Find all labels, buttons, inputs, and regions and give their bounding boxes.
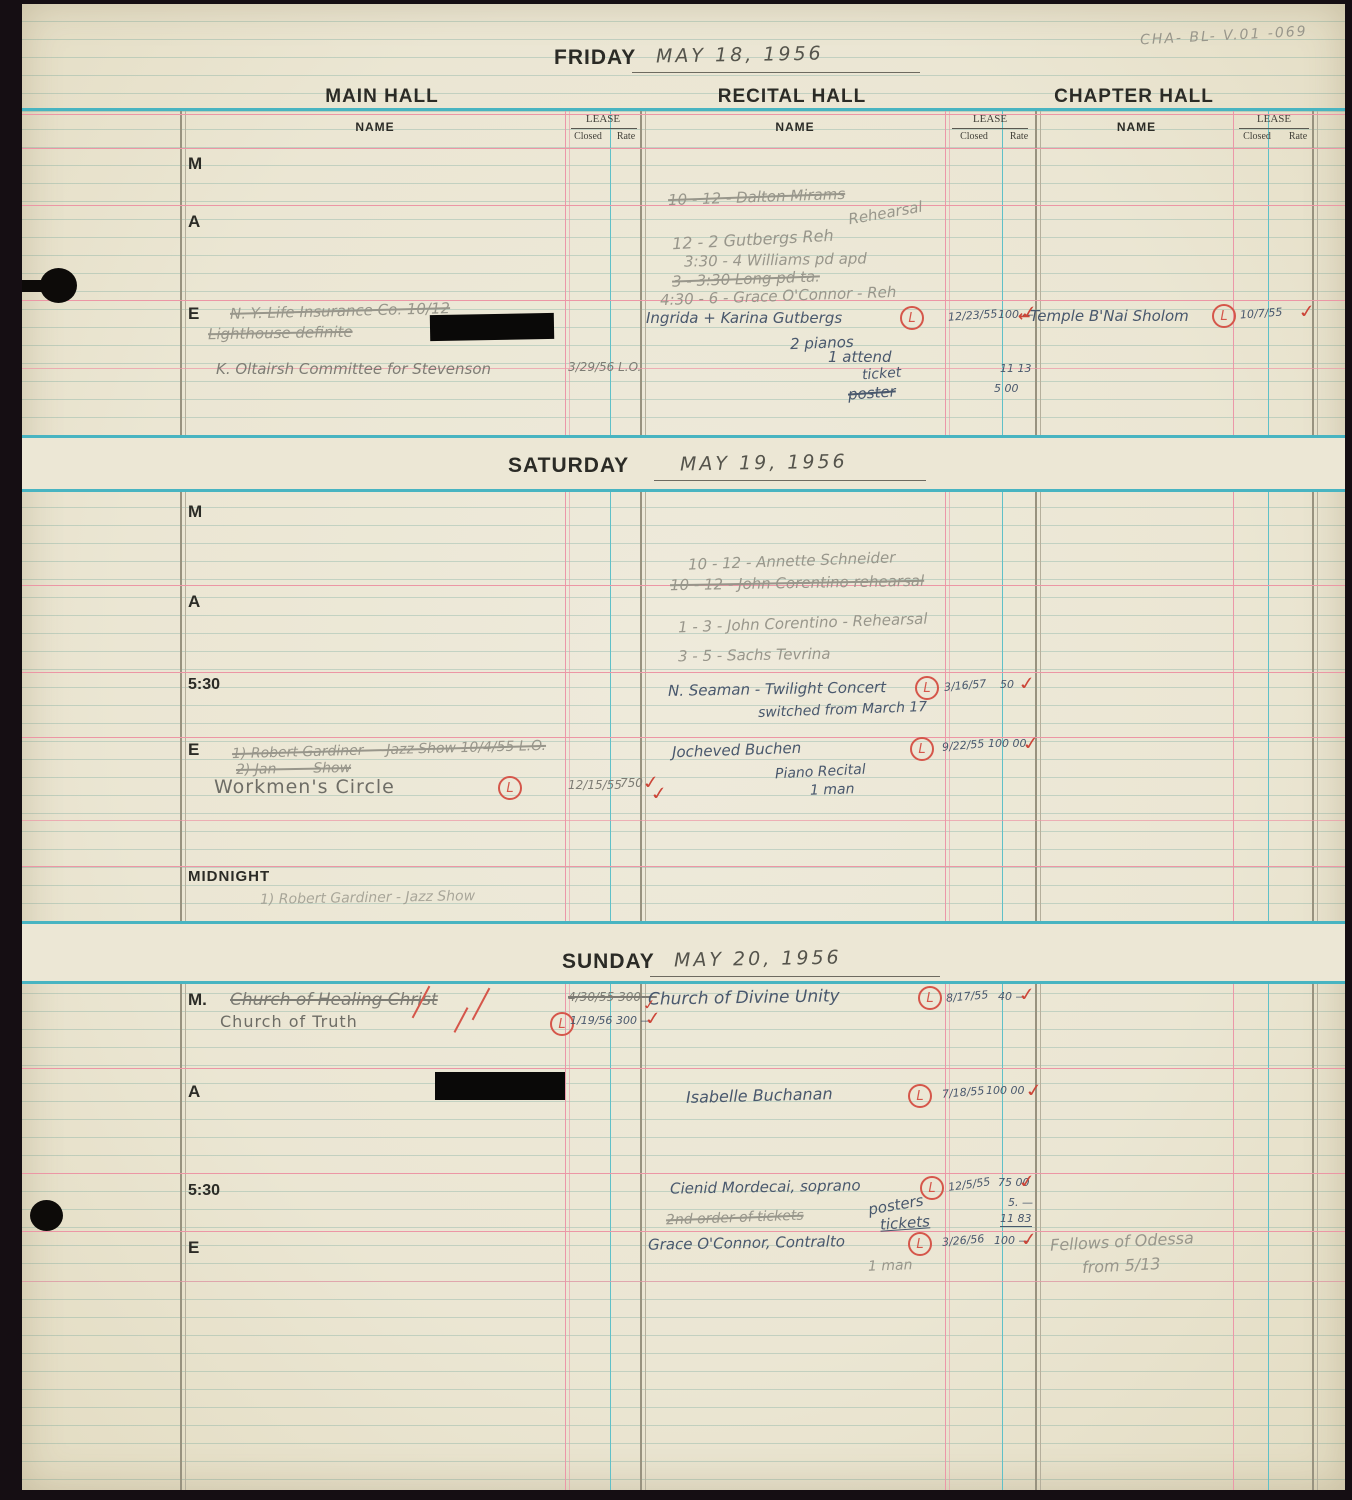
entry-sunday-recital-e1: Grace O'Connor, Contralto — [648, 1232, 845, 1253]
day-label-friday: FRIDAY — [554, 46, 636, 70]
column-line — [180, 108, 182, 1490]
lease-underline — [571, 128, 637, 129]
hall-title-main: MAIN HALL — [302, 86, 462, 108]
rate-saturday-recital-530: 50 — [1000, 678, 1014, 691]
date-underline — [632, 72, 920, 73]
check-mark-icon: ✓ — [1017, 984, 1038, 1007]
entry-sunday-recital-m1: Church of Divine Unity — [648, 986, 840, 1009]
closed-saturday-recital-530: 3/16/57 — [944, 677, 987, 694]
time-label-e: E — [188, 1238, 199, 1258]
rate-header-main: Rate — [612, 131, 640, 142]
column-line — [610, 108, 611, 1490]
rate2-sunday-recital-530: 5. — — [1008, 1196, 1033, 1209]
name-header-recital: NAME — [645, 120, 945, 134]
entry-saturday-main-e3: Workmen's Circle — [214, 776, 395, 798]
entry-saturday-midnight1: 1) Robert Gardiner - Jazz Show — [260, 888, 475, 908]
day-date-sunday: MAY 20, 1956 — [674, 947, 842, 972]
entry-friday-main-e3-note: 3/29/56 L.O. — [568, 360, 641, 374]
day-label-sunday: SUNDAY — [562, 950, 655, 974]
lease-mark-icon: L — [910, 737, 934, 761]
rate3-sunday-recital-530: 11 83 — [1000, 1212, 1032, 1227]
entry-friday-main-e2: Lighthouse definite — [208, 323, 353, 344]
hole-punch — [30, 1200, 63, 1231]
check-mark-icon: ✓ — [1021, 733, 1042, 756]
check-mark-icon: ✓ — [649, 783, 670, 806]
row-line — [22, 820, 1345, 821]
lease-mark-icon: L — [900, 306, 924, 330]
day-date-friday: MAY 18, 1956 — [656, 43, 824, 68]
lease-mark-icon: L — [915, 676, 939, 700]
rate-friday-recital-e4: 11 13 — [1000, 362, 1032, 375]
rate-header-recital: Rate — [1004, 131, 1034, 142]
red-slash-mark — [454, 1007, 469, 1033]
entry-saturday-recital-e1: Jocheved Buchen — [672, 739, 802, 762]
day-date-saturday: MAY 19, 1956 — [680, 451, 848, 476]
time-label-a: A — [188, 592, 200, 612]
section-line — [22, 108, 1345, 111]
closed-sunday-main-m2: 1/19/56 — [570, 1014, 612, 1027]
column-line — [945, 108, 946, 1490]
entry-saturday-recital-a1: 1 - 3 - John Corentino - Rehearsal — [678, 610, 928, 637]
entry-saturday-recital-530: N. Seaman - Twilight Concert — [668, 678, 886, 700]
day-label-saturday: SATURDAY — [508, 454, 629, 478]
entry-saturday-recital-530-note: switched from March 17 — [758, 699, 928, 721]
lease-mark-icon: L — [920, 1176, 944, 1200]
lease-mark-icon: L — [908, 1084, 932, 1108]
archive-code: CHA- BL- V.01 -069 — [1140, 24, 1308, 49]
row-line — [22, 114, 1345, 115]
entry-friday-recital-e3: 1 attend — [828, 348, 892, 366]
column-line — [565, 108, 566, 1490]
entry-friday-main-e3: K. Oltairsh Committee for Stevenson — [216, 360, 491, 378]
hall-title-chapter: CHAPTER HALL — [1038, 86, 1230, 108]
closed-saturday-recital-e1: 9/22/55 — [942, 737, 985, 754]
hall-title-recital: RECITAL HALL — [700, 86, 884, 108]
rate-sunday-recital-a1: 100 00 — [986, 1084, 1025, 1097]
check-mark-icon: ✓ — [1297, 301, 1318, 324]
entry-saturday-recital-m2: 10 - 12 - John Corentino rehearsal — [670, 572, 924, 594]
entry-saturday-recital-e3: 1 man — [810, 781, 855, 799]
entry-friday-recital-m2: 12 - 2 Gutbergs Reh — [672, 226, 834, 253]
closed-header-chapter: Closed — [1235, 131, 1279, 142]
time-label-e: E — [188, 740, 199, 760]
name-header-main: NAME — [185, 120, 565, 134]
time-label-e: E — [188, 304, 199, 324]
entry-friday-chapter-e1: Temple B'Nai Sholom — [1030, 307, 1189, 325]
date-underline — [654, 480, 926, 481]
entry-sunday-main-m1: Church of Healing Christ — [230, 990, 438, 1010]
entry-friday-recital-e1: Ingrida + Karina Gutbergs — [646, 309, 842, 327]
entry-friday-recital-m3: 3:30 - 4 Williams pd apd — [684, 249, 867, 270]
lease-header-main: LEASE — [566, 113, 640, 125]
time-label-m: M — [188, 502, 202, 522]
check-mark-icon: ✓ — [1017, 1171, 1038, 1194]
row-line — [22, 148, 1345, 149]
transfer-arrow-icon: ← — [1018, 307, 1031, 325]
lease-underline — [952, 128, 1028, 129]
section-line — [22, 489, 1345, 492]
column-line — [1317, 108, 1318, 1490]
entry-saturday-recital-m1: 10 - 12 - Annette Schneider — [688, 548, 896, 573]
closed-sunday-recital-a1: 7/18/55 — [942, 1084, 985, 1101]
note3-sunday-recital-530: tickets — [879, 1212, 930, 1233]
time-label-m: M — [188, 154, 202, 174]
entry-sunday-recital-a1: Isabelle Buchanan — [686, 1084, 833, 1107]
closed-sunday-recital-530: 12/5/55 — [947, 1175, 991, 1194]
closed-saturday-main-e3: 12/15/55 — [568, 778, 622, 792]
lease-header-chapter: LEASE — [1234, 113, 1314, 125]
name-header-chapter: NAME — [1040, 120, 1233, 134]
date-underline — [650, 976, 940, 977]
column-line — [640, 108, 642, 1490]
time-label-530: 5:30 — [188, 676, 220, 694]
closed-sunday-recital-m1: 8/17/55 — [946, 988, 989, 1005]
lease-mark-icon: L — [918, 986, 942, 1010]
lease-underline — [1239, 128, 1309, 129]
time-label-m: M. — [188, 990, 207, 1010]
row-line — [22, 672, 1345, 673]
row-line — [22, 737, 1345, 738]
redaction-box — [435, 1072, 565, 1100]
check-mark-icon: ✓ — [1017, 673, 1038, 696]
rate-saturday-main-e3: 750 — [620, 776, 643, 790]
section-line — [22, 981, 1345, 984]
check-mark-icon: ✓ — [1024, 1080, 1045, 1103]
row-line — [22, 1173, 1345, 1174]
check-mark-icon: ✓ — [1019, 1229, 1040, 1252]
note-sunday-recital-530: 2nd order of tickets — [666, 1208, 804, 1229]
entry-sunday-recital-530: Cienid Mordecai, soprano — [670, 1176, 861, 1197]
time-label-530: 5:30 — [188, 1182, 220, 1200]
entry-friday-recital-e4: ticket — [861, 365, 901, 384]
closed-friday-recital-e1: 12/23/55 — [948, 307, 998, 323]
rate-header-chapter: Rate — [1282, 131, 1314, 142]
column-line — [569, 108, 570, 1490]
lease-mark-icon: L — [498, 776, 522, 800]
time-label-midnight: MIDNIGHT — [188, 868, 270, 885]
entry-friday-main-e1: N. Y. Life Insurance Co. 10/12 — [230, 299, 451, 323]
entry-saturday-main-e1: 1) Robert Gardiner — Jazz Show 10/4/55 L… — [232, 738, 546, 762]
lease-mark-icon: L — [1212, 304, 1236, 328]
column-line — [185, 108, 186, 1490]
ledger-scan: CHA- BL- V.01 -069 FRIDAY MAY 18, 1956 M… — [0, 0, 1352, 1500]
ledger-page: CHA- BL- V.01 -069 FRIDAY MAY 18, 1956 M… — [22, 4, 1345, 1490]
time-label-a: A — [188, 212, 200, 232]
entry-saturday-recital-a2: 3 - 5 - Sachs Tevrina — [678, 645, 831, 666]
entry-sunday-recital-e2: 1 man — [868, 1257, 913, 1275]
lease-mark-icon: L — [908, 1232, 932, 1256]
closed-header-recital: Closed — [948, 131, 1000, 142]
check-mark-icon: ✓ — [641, 997, 657, 1014]
entry-sunday-chapter-e1: Fellows of Odessa — [1050, 1228, 1195, 1255]
hole-punch — [22, 280, 46, 292]
row-line — [22, 1281, 1345, 1282]
time-label-a: A — [188, 1082, 200, 1102]
lease-header-recital: LEASE — [946, 113, 1034, 125]
closed-header-main: Closed — [567, 131, 609, 142]
red-slash-mark — [472, 988, 491, 1021]
row-line — [22, 866, 1345, 867]
entry-sunday-main-m2: Church of Truth — [220, 1012, 358, 1031]
entry-friday-recital-e5: poster — [847, 382, 896, 403]
row-line — [22, 1068, 1345, 1069]
closed-sunday-recital-e1: 3/26/56 — [942, 1232, 985, 1249]
redaction-box — [430, 313, 554, 341]
closed-friday-chapter-e1: 10/7/55 — [1240, 306, 1283, 322]
entry-sunday-chapter-e2: from 5/13 — [1082, 1254, 1161, 1277]
rate-friday-recital-e5: 5 00 — [994, 382, 1019, 395]
entry-friday-recital-m1-note: Rehearsal — [847, 198, 924, 229]
entry-saturday-recital-e2: Piano Recital — [775, 762, 866, 783]
